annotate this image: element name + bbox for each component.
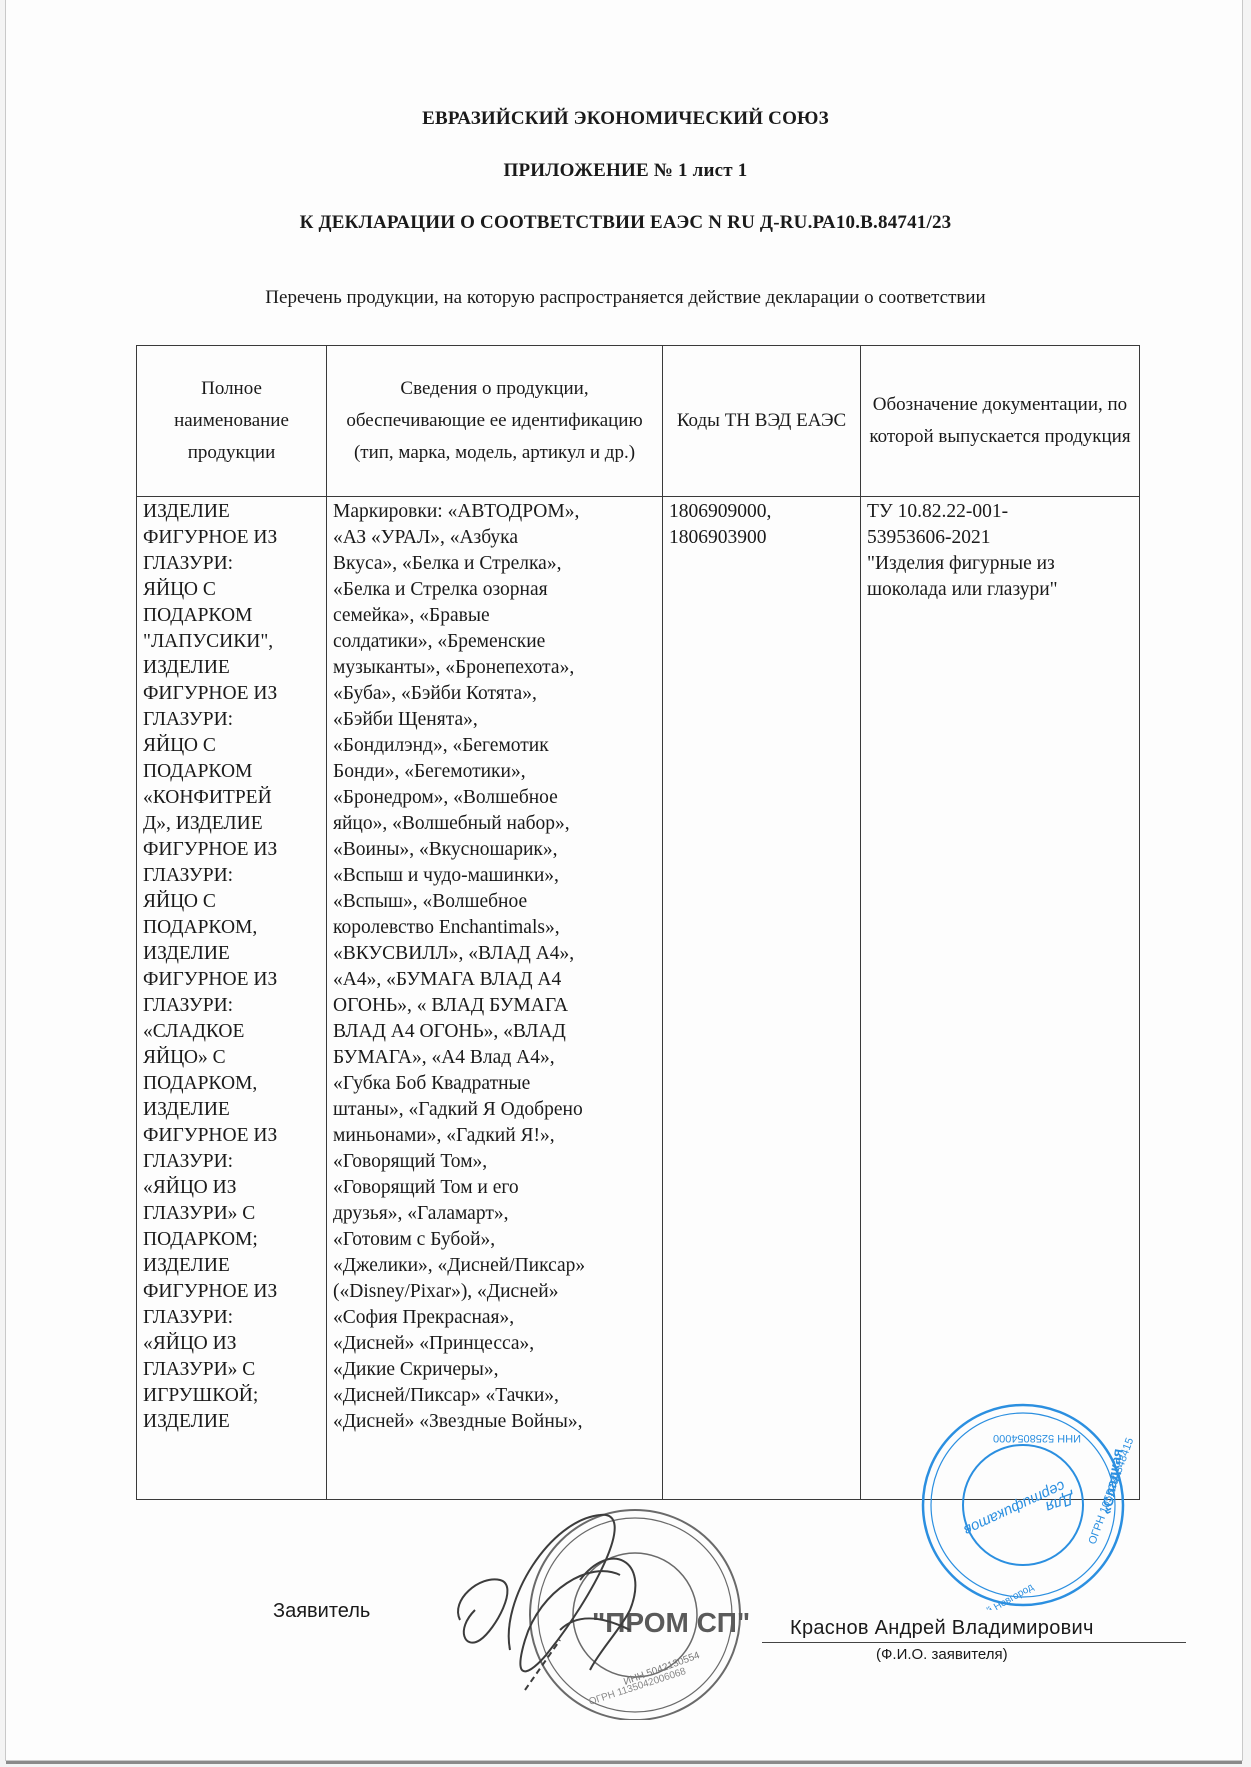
cell-line: «София Прекрасная», [333,1305,656,1331]
cell-line: ГЛАЗУРИ: [143,1149,320,1175]
cell-line: ФИГУРНОЕ ИЗ [143,1123,320,1149]
cell-line: Д», ИЗДЕЛИЕ [143,811,320,837]
applicant-label: Заявитель [273,1600,370,1623]
cell-line: музыканты», «Бронепехота», [333,655,656,681]
cell-line: ПОДАРКОМ, [143,915,320,941]
cell-line: солдатики», «Бременские [333,629,656,655]
cell-line: «ВКУСВИЛЛ», «ВЛАД А4», [333,941,656,967]
cell-line: ИЗДЕЛИЕ [143,1409,320,1435]
tn-ved-code-lines: 1806909000,1806903900 [669,499,854,551]
table-row: ИЗДЕЛИЕФИГУРНОЕ ИЗГЛАЗУРИ:ЯЙЦО СПОДАРКОМ… [137,497,1140,1500]
product-table: Полное наименование продукции Сведения о… [136,345,1140,1500]
cell-line: штаны», «Гадкий Я Одобрено [333,1097,656,1123]
cell-line: ИЗДЕЛИЕ [143,1097,320,1123]
cell-line: «КОНФИТРЕЙ [143,785,320,811]
cell-line: «Вспыш», «Волшебное [333,889,656,915]
cell-line: («Disney/Pixar»), «Дисней» [333,1279,656,1305]
cell-line: королевство Enchantimals», [333,915,656,941]
cell-line: Бонди», «Бегемотики», [333,759,656,785]
cell-line: ТУ 10.82.22-001- [867,499,1133,525]
appendix-heading: ПРИЛОЖЕНИЕ № 1 лист 1 [0,160,1251,182]
cell-line: ИЗДЕЛИЕ [143,499,320,525]
cell-line: ЯЙЦО С [143,733,320,759]
svg-text:ИНН 5258054000: ИНН 5258054000 [993,1432,1081,1444]
cell-line: «Дисней/Пиксар» «Тачки», [333,1383,656,1409]
cell-line: ЯЙЦО С [143,889,320,915]
cell-line: ПОДАРКОМ [143,603,320,629]
product-name-cell: ИЗДЕЛИЕФИГУРНОЕ ИЗГЛАЗУРИ:ЯЙЦО СПОДАРКОМ… [137,497,327,1500]
cell-line: Вкуса», «Белка и Стрелка», [333,551,656,577]
column-header-name: Полное наименование продукции [137,346,327,497]
cell-line: «Воины», «Вкусношарик», [333,837,656,863]
table-header-row: Полное наименование продукции Сведения о… [137,346,1140,497]
union-heading: ЕВРАЗИЙСКИЙ ЭКОНОМИЧЕСКИЙ СОЮЗ [0,108,1251,130]
signature-line [762,1642,1186,1643]
cell-line: "ЛАПУСИКИ", [143,629,320,655]
product-list-subtitle: Перечень продукции, на которую распростр… [0,287,1251,309]
cell-line: ГЛАЗУРИ» С [143,1201,320,1227]
cell-line: ПОДАРКОМ [143,759,320,785]
cell-line: ГЛАЗУРИ: [143,1305,320,1331]
cell-line: 1806909000, [669,499,854,525]
cell-line: ИЗДЕЛИЕ [143,655,320,681]
cell-line: ГЛАЗУРИ: [143,551,320,577]
cell-line: ИГРУШКОЙ; [143,1383,320,1409]
cell-line: «Говорящий Том», [333,1149,656,1175]
column-header-info: Сведения о продукции, обеспечивающие ее … [327,346,663,497]
cell-line: ГЛАЗУРИ: [143,993,320,1019]
cell-line: 1806903900 [669,525,854,551]
cell-line: «ЯЙЦО ИЗ [143,1331,320,1357]
cell-line: ЯЙЦО С [143,577,320,603]
declaration-heading: К ДЕКЛАРАЦИИ О СООТВЕТСТВИИ ЕАЭС N RU Д-… [0,212,1251,234]
cell-line: «Бондилэнд», «Бегемотик [333,733,656,759]
cell-line: ПОДАРКОМ; [143,1227,320,1253]
cell-line: ГЛАЗУРИ: [143,707,320,733]
cell-line: «Готовим с Бубой», [333,1227,656,1253]
cell-line: «Джелики», «Дисней/Пиксар» [333,1253,656,1279]
cell-line: друзья», «Галамарт», [333,1201,656,1227]
cell-line: ФИГУРНОЕ ИЗ [143,837,320,863]
cell-line: ОГОНЬ», « ВЛАД БУМАГА [333,993,656,1019]
product-info-lines: Маркировки: «АВТОДРОМ»,«АЗ «УРАЛ», «Азбу… [333,499,656,1435]
documentation-cell: ТУ 10.82.22-001-53953606-2021"Изделия фи… [861,497,1140,1500]
certification-stamp-icon: Для сертификатов ИНН 5258054000 г. Нижни… [905,1395,1135,1610]
column-header-codes: Коды ТН ВЭД ЕАЭС [663,346,861,497]
product-info-cell: Маркировки: «АВТОДРОМ»,«АЗ «УРАЛ», «Азбу… [327,497,663,1500]
cell-line: 53953606-2021 [867,525,1133,551]
cell-line: Маркировки: «АВТОДРОМ», [333,499,656,525]
product-name-lines: ИЗДЕЛИЕФИГУРНОЕ ИЗГЛАЗУРИ:ЯЙЦО СПОДАРКОМ… [143,499,320,1435]
cell-line: «А4», «БУМАГА ВЛАД А4 [333,967,656,993]
cell-line: «Белка и Стрелка озорная [333,577,656,603]
cell-line: «Вспыш и чудо-машинки», [333,863,656,889]
cell-line: «Говорящий Том и его [333,1175,656,1201]
cell-line: ФИГУРНОЕ ИЗ [143,1279,320,1305]
applicant-name: Краснов Андрей Владимирович [790,1617,1094,1640]
cell-line: «Дисней» «Звездные Войны», [333,1409,656,1435]
cell-line: ФИГУРНОЕ ИЗ [143,681,320,707]
cell-line: ИЗДЕЛИЕ [143,1253,320,1279]
cell-line: ФИГУРНОЕ ИЗ [143,525,320,551]
cell-line: миньонами», «Гадкий Я!», [333,1123,656,1149]
cell-line: «АЗ «УРАЛ», «Азбука [333,525,656,551]
cell-line: «СЛАДКОЕ [143,1019,320,1045]
column-header-documentation: Обозначение документации, по которой вып… [861,346,1140,497]
documentation-lines: ТУ 10.82.22-001-53953606-2021"Изделия фи… [867,499,1133,603]
cell-line: ГЛАЗУРИ: [143,863,320,889]
applicant-name-caption: (Ф.И.О. заявителя) [876,1646,1008,1663]
cell-line: «Дисней» «Принцесса», [333,1331,656,1357]
tn-ved-codes-cell: 1806909000,1806903900 [663,497,861,1500]
cell-line: «Бронедром», «Волшебное [333,785,656,811]
cell-line: БУМАГА», «А4 Влад А4», [333,1045,656,1071]
cell-line: шоколада или глазури" [867,577,1133,603]
cell-line: «Дикие Скричеры», [333,1357,656,1383]
cell-line: «Бэйби Щенята», [333,707,656,733]
cell-line: ЯЙЦО» С [143,1045,320,1071]
cell-line: ВЛАД А4 ОГОНЬ», «ВЛАД [333,1019,656,1045]
cell-line: яйцо», «Волшебный набор», [333,811,656,837]
cell-line: "Изделия фигурные из [867,551,1133,577]
cell-line: «ЯЙЦО ИЗ [143,1175,320,1201]
applicant-stamp-icon: "ПРОМ СП" ИНН 5042130554 ОГРН 1135042006… [440,1480,760,1720]
cell-line: ГЛАЗУРИ» С [143,1357,320,1383]
cell-line: ИЗДЕЛИЕ [143,941,320,967]
cell-line: ФИГУРНОЕ ИЗ [143,967,320,993]
cell-line: ПОДАРКОМ, [143,1071,320,1097]
cell-line: «Губка Боб Квадратные [333,1071,656,1097]
cell-line: семейка», «Бравые [333,603,656,629]
cell-line: «Буба», «Бэйби Котята», [333,681,656,707]
